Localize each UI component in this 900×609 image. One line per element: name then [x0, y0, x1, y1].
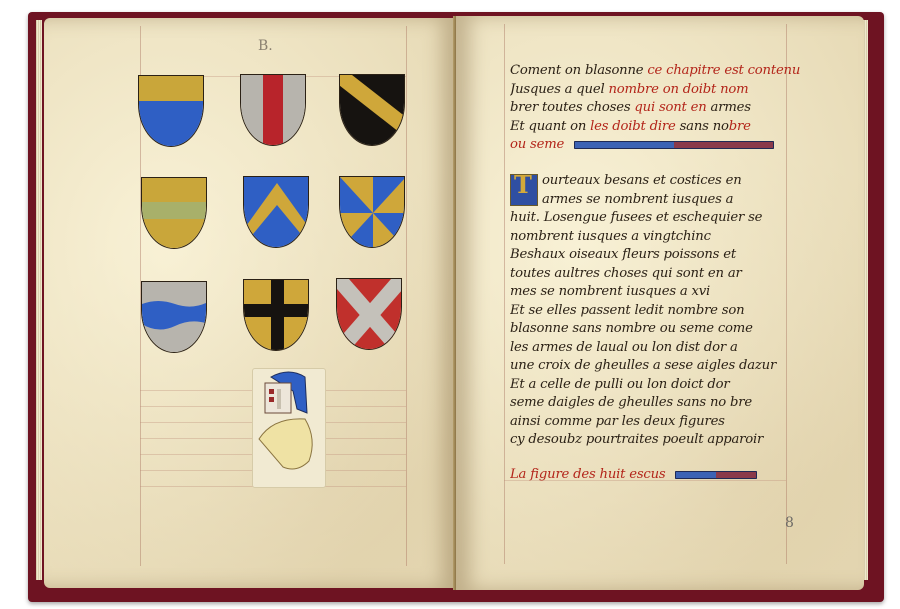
- text-line: Et se elles passent ledit nombre son: [510, 302, 800, 321]
- heading-line: brer toutes choses qui sont en armes: [510, 99, 800, 118]
- text-line: toutes aultres choses qui sont en ar: [510, 265, 800, 284]
- heading-line: Et quant on les doibt dire sans nobre: [510, 118, 800, 137]
- shield-gyronny-or-azure: [339, 176, 405, 248]
- heading-line: ou seme: [510, 136, 800, 155]
- shield-argent-pale-gules: [240, 74, 306, 146]
- text-line: nombrent iusques a vingtchinc: [510, 228, 800, 247]
- body-text: T ourteaux besans et costices en armes s…: [510, 172, 800, 450]
- crest-illustration: [252, 368, 326, 488]
- illuminated-initial: T: [510, 174, 538, 206]
- shield-sable-bend-or: [339, 74, 405, 146]
- text-line: une croix de gheulles a sese aigles dazu…: [510, 357, 800, 376]
- margin-rule: [406, 26, 407, 566]
- folio-mark: B.: [258, 38, 273, 54]
- text-line: ainsi comme par les deux figures: [510, 413, 800, 432]
- heading-line: Jusques a quel nombre on doibt nom: [510, 81, 800, 100]
- margin-rule: [504, 24, 505, 564]
- line-filler-ornament: [574, 141, 774, 149]
- text-line: huit. Losengue fusees et eschequier se: [510, 209, 800, 228]
- shield-or-cross-sable: [243, 279, 309, 351]
- text-line: les armes de laual ou lon dist dor a: [510, 339, 800, 358]
- text-line: blasonne sans nombre ou seme come: [510, 320, 800, 339]
- text-line: Et a celle de pulli ou lon doict dor: [510, 376, 800, 395]
- text-line: seme daigles de gheulles sans no bre: [510, 394, 800, 413]
- text-line: armes se nombrent iusques a: [542, 191, 800, 210]
- catchword-mark: 8: [785, 515, 794, 531]
- page-edges-left: [36, 20, 42, 580]
- chapter-heading: Coment on blasonne ce chapitre est conte…: [510, 62, 800, 155]
- helm-crest-icon: [253, 369, 325, 487]
- heading-line: Coment on blasonne ce chapitre est conte…: [510, 62, 800, 81]
- text-line: mes se nombrent iusques a xvi: [510, 283, 800, 302]
- line-filler-ornament: [675, 471, 757, 479]
- shield-argent-fess-wavy-azure: [141, 281, 207, 353]
- text-line: Beshaux oiseaux fleurs poissons et: [510, 246, 800, 265]
- text-line: cy desoubz pourtraites poeult apparoir: [510, 431, 800, 450]
- shield-azure-chevron-or: [243, 176, 309, 248]
- shield-gules-saltire-argent: [336, 278, 402, 350]
- text-line: ourteaux besans et costices en: [542, 172, 800, 191]
- figure-caption: La figure des huit escus: [510, 466, 800, 485]
